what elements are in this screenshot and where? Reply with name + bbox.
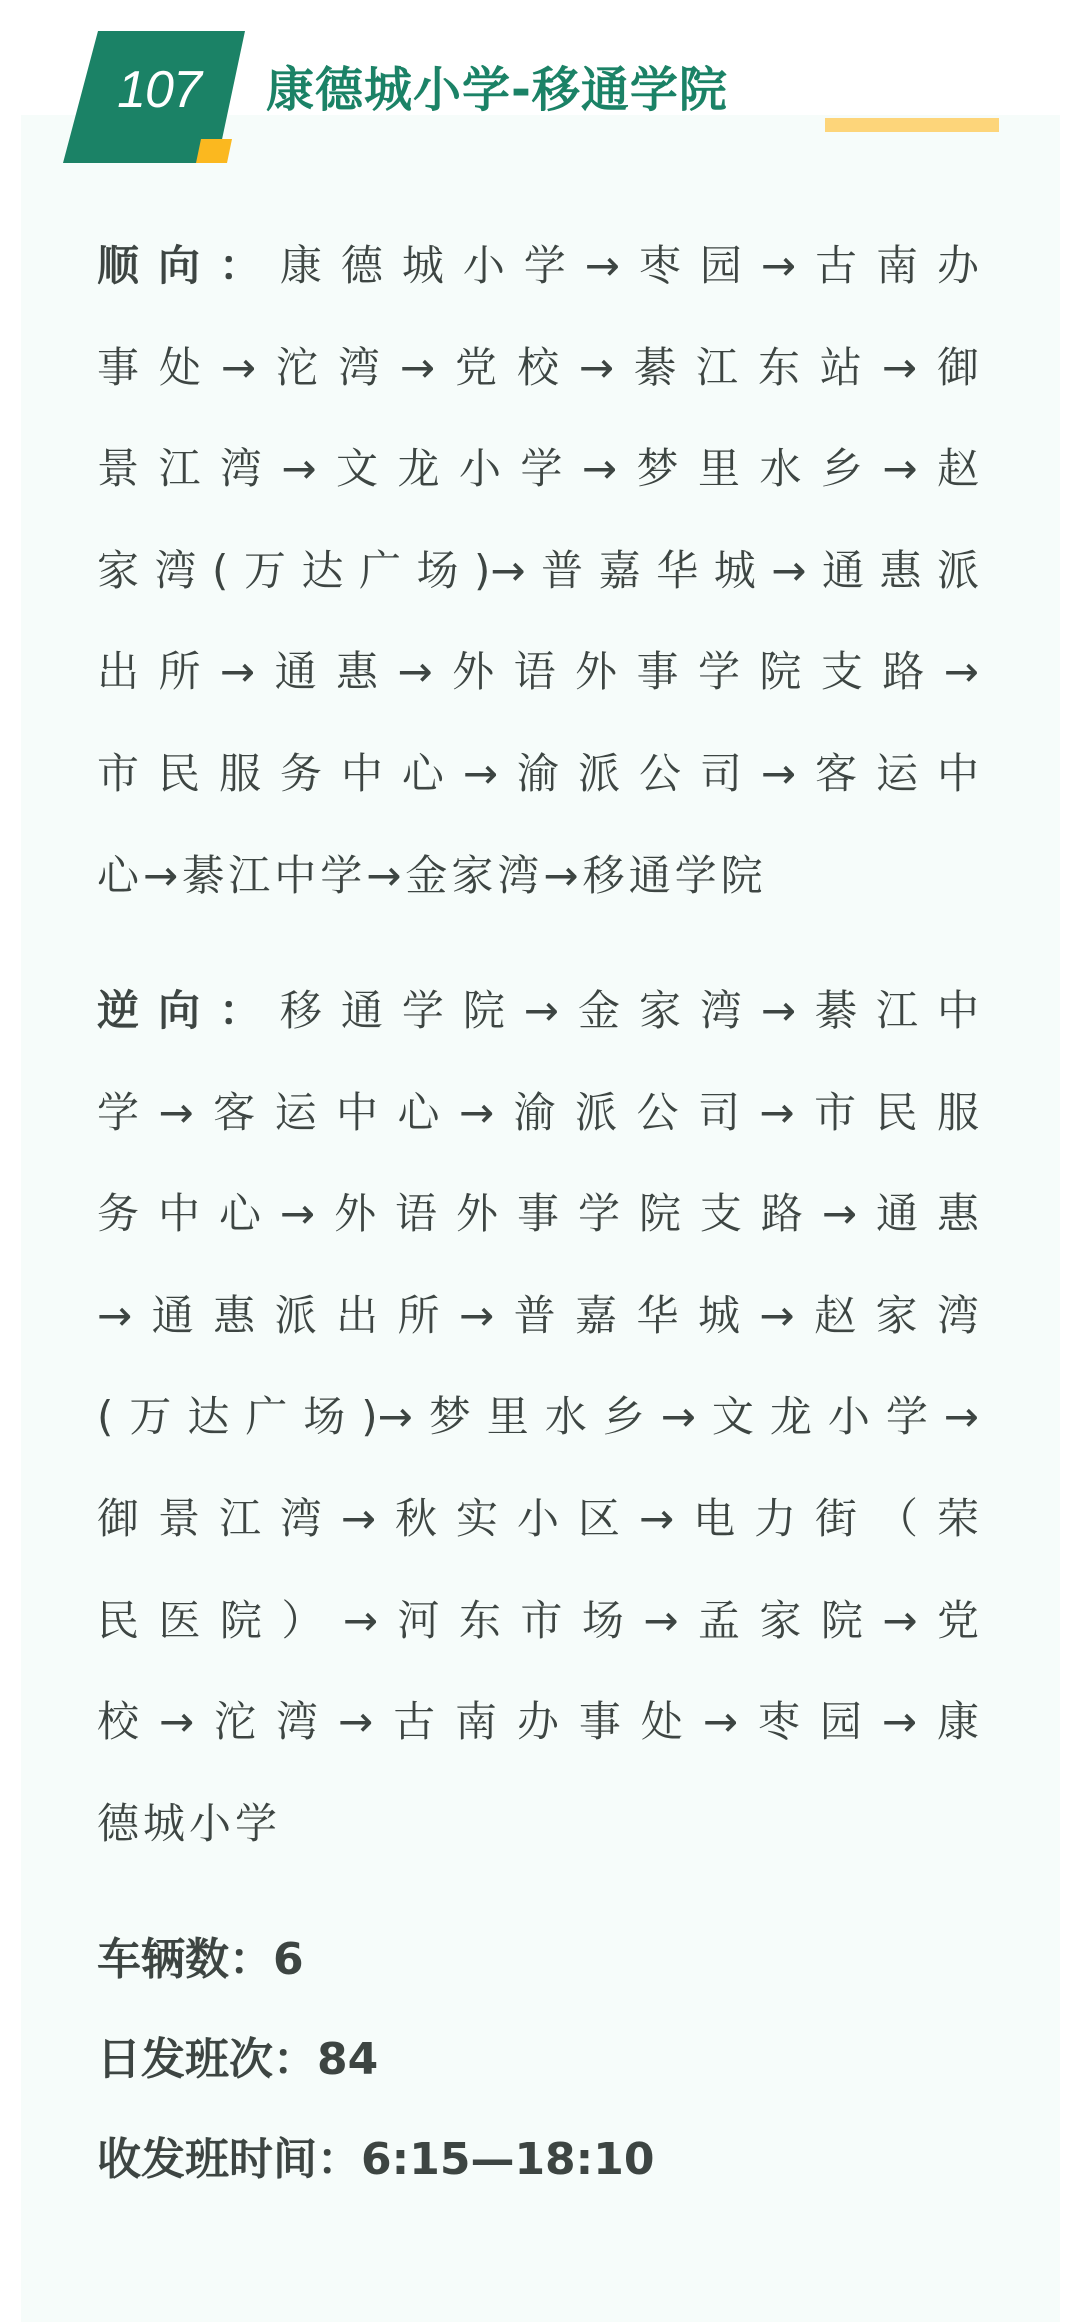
route-line: 德城小学 (97, 1773, 979, 1875)
forward-label: 顺向： (97, 241, 280, 290)
route-line: 出所→通惠→外语外事学院支路→ (97, 621, 979, 723)
stat-daily-trips: 日发班次：84 (97, 2010, 655, 2110)
route-line: 景江湾→文龙小学→梦里水乡→赵 (97, 418, 979, 520)
route-line: 顺向：康德城小学→枣园→古南办 (97, 215, 979, 317)
badge-accent-square (196, 139, 232, 163)
route-line: 心→綦江中学→金家湾→移通学院 (97, 825, 979, 927)
route-title: 康德城小学-移通学院 (266, 58, 728, 122)
forward-route: 顺向：康德城小学→枣园→古南办 事处→沱湾→党校→綦江东站→御 景江湾→文龙小学… (97, 215, 979, 926)
reverse-label: 逆向： (97, 986, 280, 1035)
reverse-route: 逆向：移通学院→金家湾→綦江中 学→客运中心→渝派公司→市民服 务中心→外语外事… (97, 960, 979, 1874)
route-number: 107 (104, 58, 214, 122)
route-line: 校→沱湾→古南办事处→枣园→康 (97, 1671, 979, 1773)
stat-service-hours: 收发班时间：6:15—18:10 (97, 2110, 655, 2210)
stat-vehicles: 车辆数：6 (97, 1910, 655, 2010)
route-stats: 车辆数：6 日发班次：84 收发班时间：6:15—18:10 (97, 1910, 655, 2210)
service-hours-value: 6:15—18:10 (361, 2134, 655, 2185)
route-line: 市民服务中心→渝派公司→客运中 (97, 723, 979, 825)
route-line: 家湾(万达广场)→普嘉华城→通惠派 (97, 520, 979, 622)
route-line: 逆向：移通学院→金家湾→綦江中 (97, 960, 979, 1062)
daily-trips-value: 84 (317, 2034, 378, 2085)
route-line: →通惠派出所→普嘉华城→赵家湾 (97, 1265, 979, 1367)
vehicles-value: 6 (273, 1934, 304, 1985)
route-line: 事处→沱湾→党校→綦江东站→御 (97, 317, 979, 419)
title-underline-bar (825, 118, 999, 132)
route-line: 御景江湾→秋实小区→电力街（荣 (97, 1468, 979, 1570)
route-line: 学→客运中心→渝派公司→市民服 (97, 1062, 979, 1164)
route-line: 民医院）→河东市场→孟家院→党 (97, 1570, 979, 1672)
route-line: (万达广场)→梦里水乡→文龙小学→ (97, 1366, 979, 1468)
route-line: 务中心→外语外事学院支路→通惠 (97, 1163, 979, 1265)
